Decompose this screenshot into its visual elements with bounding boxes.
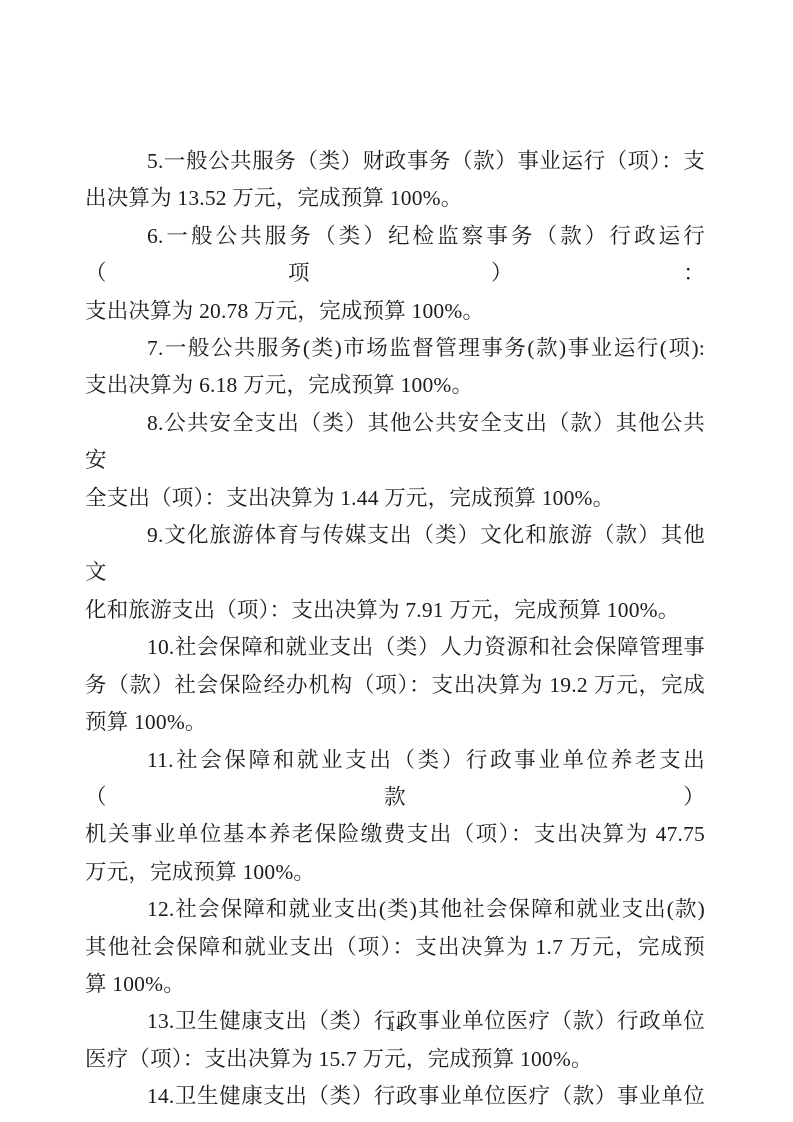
expenditure-item-6: 6.一般公共服务（类）纪检监察事务（款）行政运行（项）：支出决算为 20.78 … <box>85 218 705 330</box>
expenditure-item-11: 11.社会保障和就业支出（类）行政事业单位养老支出（款）机关事业单位基本养老保险… <box>85 742 705 892</box>
document-page: 5.一般公共服务（类）财政事务（款）事业运行（项）：支出决算为 13.52 万元… <box>0 0 793 1122</box>
expenditure-item-13: 13.卫生健康支出（类）行政事业单位医疗（款）行政单位医疗（项）：支出决算为 1… <box>85 1003 705 1078</box>
text-line: 化和旅游支出（项）：支出决算为 7.91 万元，完成预算 100%。 <box>85 592 705 629</box>
expenditure-item-10: 10.社会保障和就业支出（类）人力资源和社会保障管理事务（款）社会保险经办机构（… <box>85 629 705 741</box>
text-line: 7.一般公共服务(类)市场监督管理事务(款)事业运行(项): <box>85 330 705 367</box>
expenditure-item-5: 5.一般公共服务（类）财政事务（款）事业运行（项）：支出决算为 13.52 万元… <box>85 143 705 218</box>
text-line: 全支出（项）：支出决算为 1.44 万元，完成预算 100%。 <box>85 480 705 517</box>
text-line: 10.社会保障和就业支出（类）人力资源和社会保障管理事 <box>85 629 705 666</box>
text-line: 5.一般公共服务（类）财政事务（款）事业运行（项）：支 <box>85 143 705 180</box>
expenditure-item-8: 8.公共安全支出（类）其他公共安全支出（款）其他公共安全支出（项）：支出决算为 … <box>85 405 705 517</box>
text-line: 14.卫生健康支出（类）行政事业单位医疗（款）事业单位 <box>85 1078 705 1115</box>
text-line: 医疗（项）：支出决算为 15.7 万元，完成预算 100%。 <box>85 1041 705 1078</box>
text-line: 9.文化旅游体育与传媒支出（类）文化和旅游（款）其他文 <box>85 517 705 592</box>
text-line: 8.公共安全支出（类）其他公共安全支出（款）其他公共安 <box>85 405 705 480</box>
document-body: 5.一般公共服务（类）财政事务（款）事业运行（项）：支出决算为 13.52 万元… <box>85 143 705 1116</box>
text-line: 11.社会保障和就业支出（类）行政事业单位养老支出（款） <box>85 742 705 817</box>
text-line: 万元，完成预算 100%。 <box>85 854 705 891</box>
page-number: 14 <box>0 1020 793 1036</box>
text-line: 支出决算为 20.78 万元，完成预算 100%。 <box>85 293 705 330</box>
text-line: 机关事业单位基本养老保险缴费支出（项）：支出决算为 47.75 <box>85 816 705 853</box>
text-line: 6.一般公共服务（类）纪检监察事务（款）行政运行（项）： <box>85 218 705 293</box>
text-line: 12.社会保障和就业支出(类)其他社会保障和就业支出(款) <box>85 891 705 928</box>
text-line: 支出决算为 6.18 万元，完成预算 100%。 <box>85 367 705 404</box>
expenditure-item-14: 14.卫生健康支出（类）行政事业单位医疗（款）事业单位 <box>85 1078 705 1115</box>
text-line: 出决算为 13.52 万元，完成预算 100%。 <box>85 180 705 217</box>
expenditure-item-9: 9.文化旅游体育与传媒支出（类）文化和旅游（款）其他文化和旅游支出（项）：支出决… <box>85 517 705 629</box>
expenditure-item-12: 12.社会保障和就业支出(类)其他社会保障和就业支出(款)其他社会保障和就业支出… <box>85 891 705 1003</box>
text-line: 预算 100%。 <box>85 704 705 741</box>
text-line: 算 100%。 <box>85 966 705 1003</box>
text-line: 务（款）社会保险经办机构（项）：支出决算为 19.2 万元，完成 <box>85 667 705 704</box>
expenditure-item-7: 7.一般公共服务(类)市场监督管理事务(款)事业运行(项):支出决算为 6.18… <box>85 330 705 405</box>
text-line: 其他社会保障和就业支出（项）：支出决算为 1.7 万元，完成预 <box>85 929 705 966</box>
